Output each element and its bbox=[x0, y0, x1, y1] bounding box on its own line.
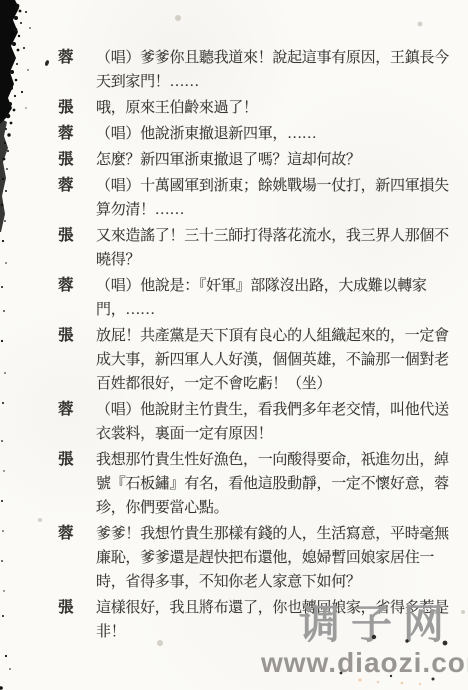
dialogue-entry: 張 哦，原來王伯齡來過了！ bbox=[58, 96, 462, 120]
speaker-name: 張 bbox=[58, 224, 78, 248]
dialogue-entry: 張 這樣很好，我且將布還了，你也轉回娘家，省得多惹是非！ bbox=[58, 596, 462, 644]
dialogue-entry: 張 怎麼？新四軍浙東撤退了嗎？這却何故？ bbox=[58, 148, 462, 172]
scanned-page: 蓉 （唱）爹爹你且聽我道來！說起這事有原因，王鎮長今天到家門！…… 張 哦，原來… bbox=[0, 0, 468, 690]
speech-text: （唱）爹爹你且聽我道來！說起這事有原因，王鎮長今天到家門！…… bbox=[96, 46, 462, 94]
speech-text: （唱）十萬國軍到浙東；餘姚戰場一仗打，新四軍損失算勿清！…… bbox=[96, 174, 462, 222]
speaker-name: 張 bbox=[58, 148, 78, 172]
dialogue-entry: 張 我想那竹貴生性好漁色，一向酸得要命，祇進勿出，綽號『石板鏽』有名，看他這股動… bbox=[58, 448, 462, 520]
speech-text: 怎麼？新四軍浙東撤退了嗎？這却何故？ bbox=[96, 148, 462, 172]
dialogue-entry: 蓉 （唱）他說是：『奸軍』部隊沒出路，大成難以轉家門，…… bbox=[58, 274, 462, 322]
speaker-name: 蓉 bbox=[58, 174, 78, 198]
speech-text: （唱）他說財主竹貴生，看我們多年老交情，叫他代送衣裳料，裏面一定有原因！ bbox=[96, 398, 462, 446]
speaker-name: 蓉 bbox=[58, 522, 78, 546]
speech-text: 放屁！共產黨是天下頂有良心的人組織起來的，一定會成大事，新四軍人人好漢，個個英雄… bbox=[96, 324, 462, 396]
speaker-name: 張 bbox=[58, 596, 78, 620]
dialogue-entry: 張 又來造謠了！三十三師打得落花流水，我三界人那個不曉得？ bbox=[58, 224, 462, 272]
speaker-name: 張 bbox=[58, 448, 78, 472]
dialogue-list: 蓉 （唱）爹爹你且聽我道來！說起這事有原因，王鎮長今天到家門！…… 張 哦，原來… bbox=[58, 46, 462, 646]
dialogue-entry: 蓉 爹爹！我想竹貴生那樣有錢的人，生活寫意，平時毫無廉恥，爹爹還是趕快把布還他，… bbox=[58, 522, 462, 594]
speech-text: 爹爹！我想竹貴生那樣有錢的人，生活寫意，平時毫無廉恥，爹爹還是趕快把布還他，媳婦… bbox=[96, 522, 462, 594]
dialogue-entry: 蓉 （唱）十萬國軍到浙東；餘姚戰場一仗打，新四軍損失算勿清！…… bbox=[58, 174, 462, 222]
speaker-name: 張 bbox=[58, 96, 78, 120]
speaker-name: 張 bbox=[58, 324, 78, 348]
speech-text: 我想那竹貴生性好漁色，一向酸得要命，祇進勿出，綽號『石板鏽』有名，看他這股動靜，… bbox=[96, 448, 462, 520]
speech-text: 又來造謠了！三十三師打得落花流水，我三界人那個不曉得？ bbox=[96, 224, 462, 272]
dialogue-entry: 張 放屁！共產黨是天下頂有良心的人組織起來的，一定會成大事，新四軍人人好漢，個個… bbox=[58, 324, 462, 396]
dialogue-entry: 蓉 （唱）他說浙東撤退新四軍，…… bbox=[58, 122, 462, 146]
speaker-name: 蓉 bbox=[58, 46, 78, 70]
dialogue-entry: 蓉 （唱）爹爹你且聽我道來！說起這事有原因，王鎮長今天到家門！…… bbox=[58, 46, 462, 94]
speaker-name: 蓉 bbox=[58, 398, 78, 422]
dialogue-entry: 蓉 （唱）他說財主竹貴生，看我們多年老交情，叫他代送衣裳料，裏面一定有原因！ bbox=[58, 398, 462, 446]
speech-text: 這樣很好，我且將布還了，你也轉回娘家，省得多惹是非！ bbox=[96, 596, 462, 644]
speech-text: （唱）他說是：『奸軍』部隊沒出路，大成難以轉家門，…… bbox=[96, 274, 462, 322]
speech-text: （唱）他說浙東撤退新四軍，…… bbox=[96, 122, 462, 146]
watermark-site-url: www.diaozi.com bbox=[261, 649, 468, 677]
speech-text: 哦，原來王伯齡來過了！ bbox=[96, 96, 462, 120]
speaker-name: 蓉 bbox=[58, 122, 78, 146]
ink-speck bbox=[44, 60, 50, 67]
speaker-name: 蓉 bbox=[58, 274, 78, 298]
